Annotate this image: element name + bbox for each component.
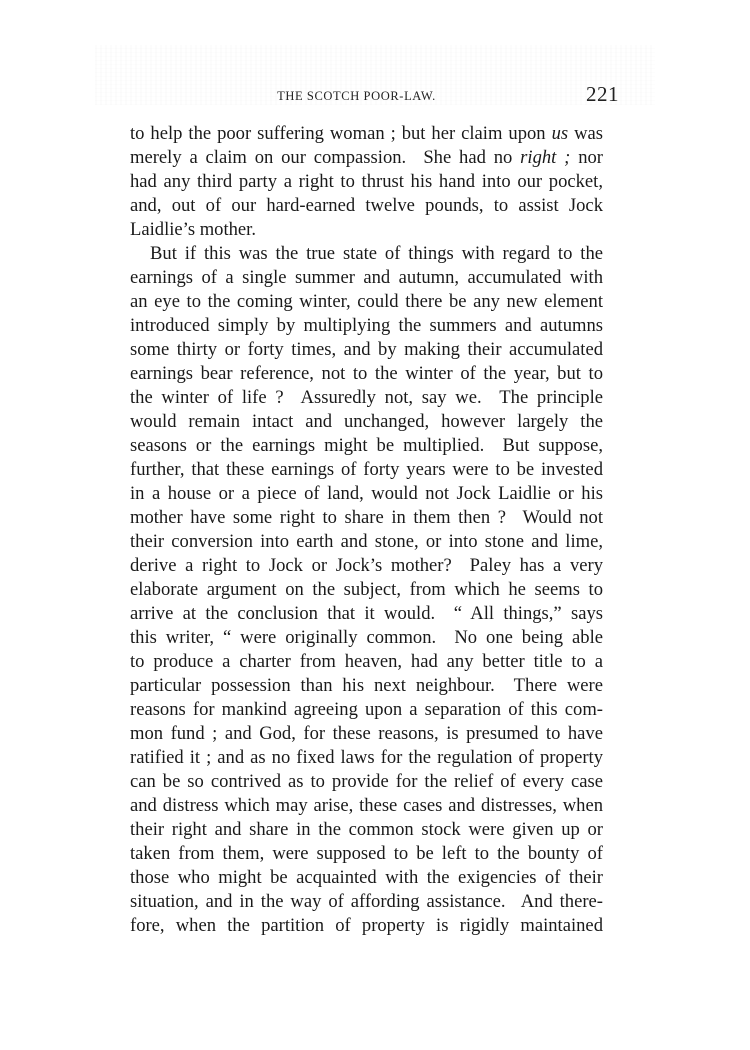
italic-text: us <box>552 123 569 144</box>
text-line: But if this was the true state of things… <box>130 242 603 266</box>
text-segment: was <box>568 123 603 144</box>
text-line: in a house or a piece of land, would not… <box>130 482 603 506</box>
text-line: taken from them, were supposed to be lef… <box>130 842 603 866</box>
text-segment: ratified it ; and as no fixed laws for t… <box>130 747 603 768</box>
text-line: some thirty or forty times, and by makin… <box>130 338 603 362</box>
text-segment: would remain intact and unchanged, howev… <box>130 411 603 432</box>
paragraph: But if this was the true state of things… <box>130 242 603 938</box>
text-line: merely a claim on our compassion. She ha… <box>130 146 603 170</box>
text-segment: mother have some right to share in them … <box>130 507 603 528</box>
running-title: THE SCOTCH POOR-LAW. <box>130 89 603 104</box>
text-line: mon fund ; and God, for these reasons, i… <box>130 722 603 746</box>
text-segment: particular possession than his next neig… <box>130 675 603 696</box>
text-line: earnings of a single summer and autumn, … <box>130 266 603 290</box>
text-line: elaborate argument on the subject, from … <box>130 578 603 602</box>
text-segment: merely a claim on our compassion. She ha… <box>130 147 520 168</box>
text-segment: the winter of life ? Assuredly not, say … <box>130 387 603 408</box>
text-segment: seasons or the earnings might be multipl… <box>130 435 603 456</box>
text-line: can be so contrived as to provide for th… <box>130 770 603 794</box>
text-line: their right and share in the common stoc… <box>130 818 603 842</box>
text-line: derive a right to Jock or Jock’s mother?… <box>130 554 603 578</box>
text-line: fore, when the partition of property is … <box>130 914 603 938</box>
text-segment: earnings of a single summer and autumn, … <box>130 267 603 288</box>
text-line: and, out of our hard-earned twelve pound… <box>130 194 603 218</box>
text-segment: nor <box>570 147 603 168</box>
text-segment: had any third party a right to thrust hi… <box>130 171 603 192</box>
text-segment: elaborate argument on the subject, from … <box>130 579 603 600</box>
text-line: situation, and in the way of affording a… <box>130 890 603 914</box>
text-segment: this writer, “ were originally common. N… <box>130 627 603 648</box>
text-segment: Laidlie’s mother. <box>130 219 256 240</box>
running-head: THE SCOTCH POOR-LAW. 221 <box>130 82 603 108</box>
text-segment: introduced simply by multiplying the sum… <box>130 315 603 336</box>
text-segment: some thirty or forty times, and by makin… <box>130 339 603 360</box>
text-line: Laidlie’s mother. <box>130 218 603 242</box>
text-line: those who might be acquainted with the e… <box>130 866 603 890</box>
text-segment: further, that these earnings of forty ye… <box>130 459 603 480</box>
text-line: earnings bear reference, not to the wint… <box>130 362 603 386</box>
text-line: mother have some right to share in them … <box>130 506 603 530</box>
text-segment: earnings bear reference, not to the wint… <box>130 363 603 384</box>
text-segment: in a house or a piece of land, would not… <box>130 483 603 504</box>
paragraph: to help the poor suffering woman ; but h… <box>130 122 603 242</box>
italic-text: right ; <box>520 147 570 168</box>
text-line: further, that these earnings of forty ye… <box>130 458 603 482</box>
text-segment: to help the poor suffering woman ; but h… <box>130 123 552 144</box>
text-line: the winter of life ? Assuredly not, say … <box>130 386 603 410</box>
text-line: to help the poor suffering woman ; but h… <box>130 122 603 146</box>
text-segment: can be so contrived as to provide for th… <box>130 771 603 792</box>
text-line: had any third party a right to thrust hi… <box>130 170 603 194</box>
text-segment: arrive at the conclusion that it would. … <box>130 603 603 624</box>
text-segment: situation, and in the way of affording a… <box>130 891 603 912</box>
text-segment: an eye to the coming winter, could there… <box>130 291 603 312</box>
text-line: reasons for mankind agreeing upon a sepa… <box>130 698 603 722</box>
text-segment: and distress which may arise, these case… <box>130 795 603 816</box>
text-segment: derive a right to Jock or Jock’s mother?… <box>130 555 603 576</box>
book-page: THE SCOTCH POOR-LAW. 221 to help the poo… <box>130 82 603 938</box>
text-line: arrive at the conclusion that it would. … <box>130 602 603 626</box>
text-segment: to produce a charter from heaven, had an… <box>130 651 603 672</box>
text-segment: those who might be acquainted with the e… <box>130 867 603 888</box>
text-line: their conversion into earth and stone, o… <box>130 530 603 554</box>
text-segment: fore, when the partition of property is … <box>130 915 603 936</box>
text-line: this writer, “ were originally common. N… <box>130 626 603 650</box>
text-segment: But if this was the true state of things… <box>150 243 603 264</box>
text-segment: their right and share in the common stoc… <box>130 819 603 840</box>
text-line: seasons or the earnings might be multipl… <box>130 434 603 458</box>
text-line: ratified it ; and as no fixed laws for t… <box>130 746 603 770</box>
text-segment: reasons for mankind agreeing upon a sepa… <box>130 699 603 720</box>
page-number: 221 <box>586 82 619 107</box>
text-segment: and, out of our hard-earned twelve pound… <box>130 195 603 216</box>
text-line: introduced simply by multiplying the sum… <box>130 314 603 338</box>
text-line: particular possession than his next neig… <box>130 674 603 698</box>
text-line: and distress which may arise, these case… <box>130 794 603 818</box>
text-line: would remain intact and unchanged, howev… <box>130 410 603 434</box>
text-segment: mon fund ; and God, for these reasons, i… <box>130 723 603 744</box>
text-line: an eye to the coming winter, could there… <box>130 290 603 314</box>
text-segment: their conversion into earth and stone, o… <box>130 531 603 552</box>
text-segment: taken from them, were supposed to be lef… <box>130 843 603 864</box>
text-line: to produce a charter from heaven, had an… <box>130 650 603 674</box>
body-text: to help the poor suffering woman ; but h… <box>130 122 603 938</box>
